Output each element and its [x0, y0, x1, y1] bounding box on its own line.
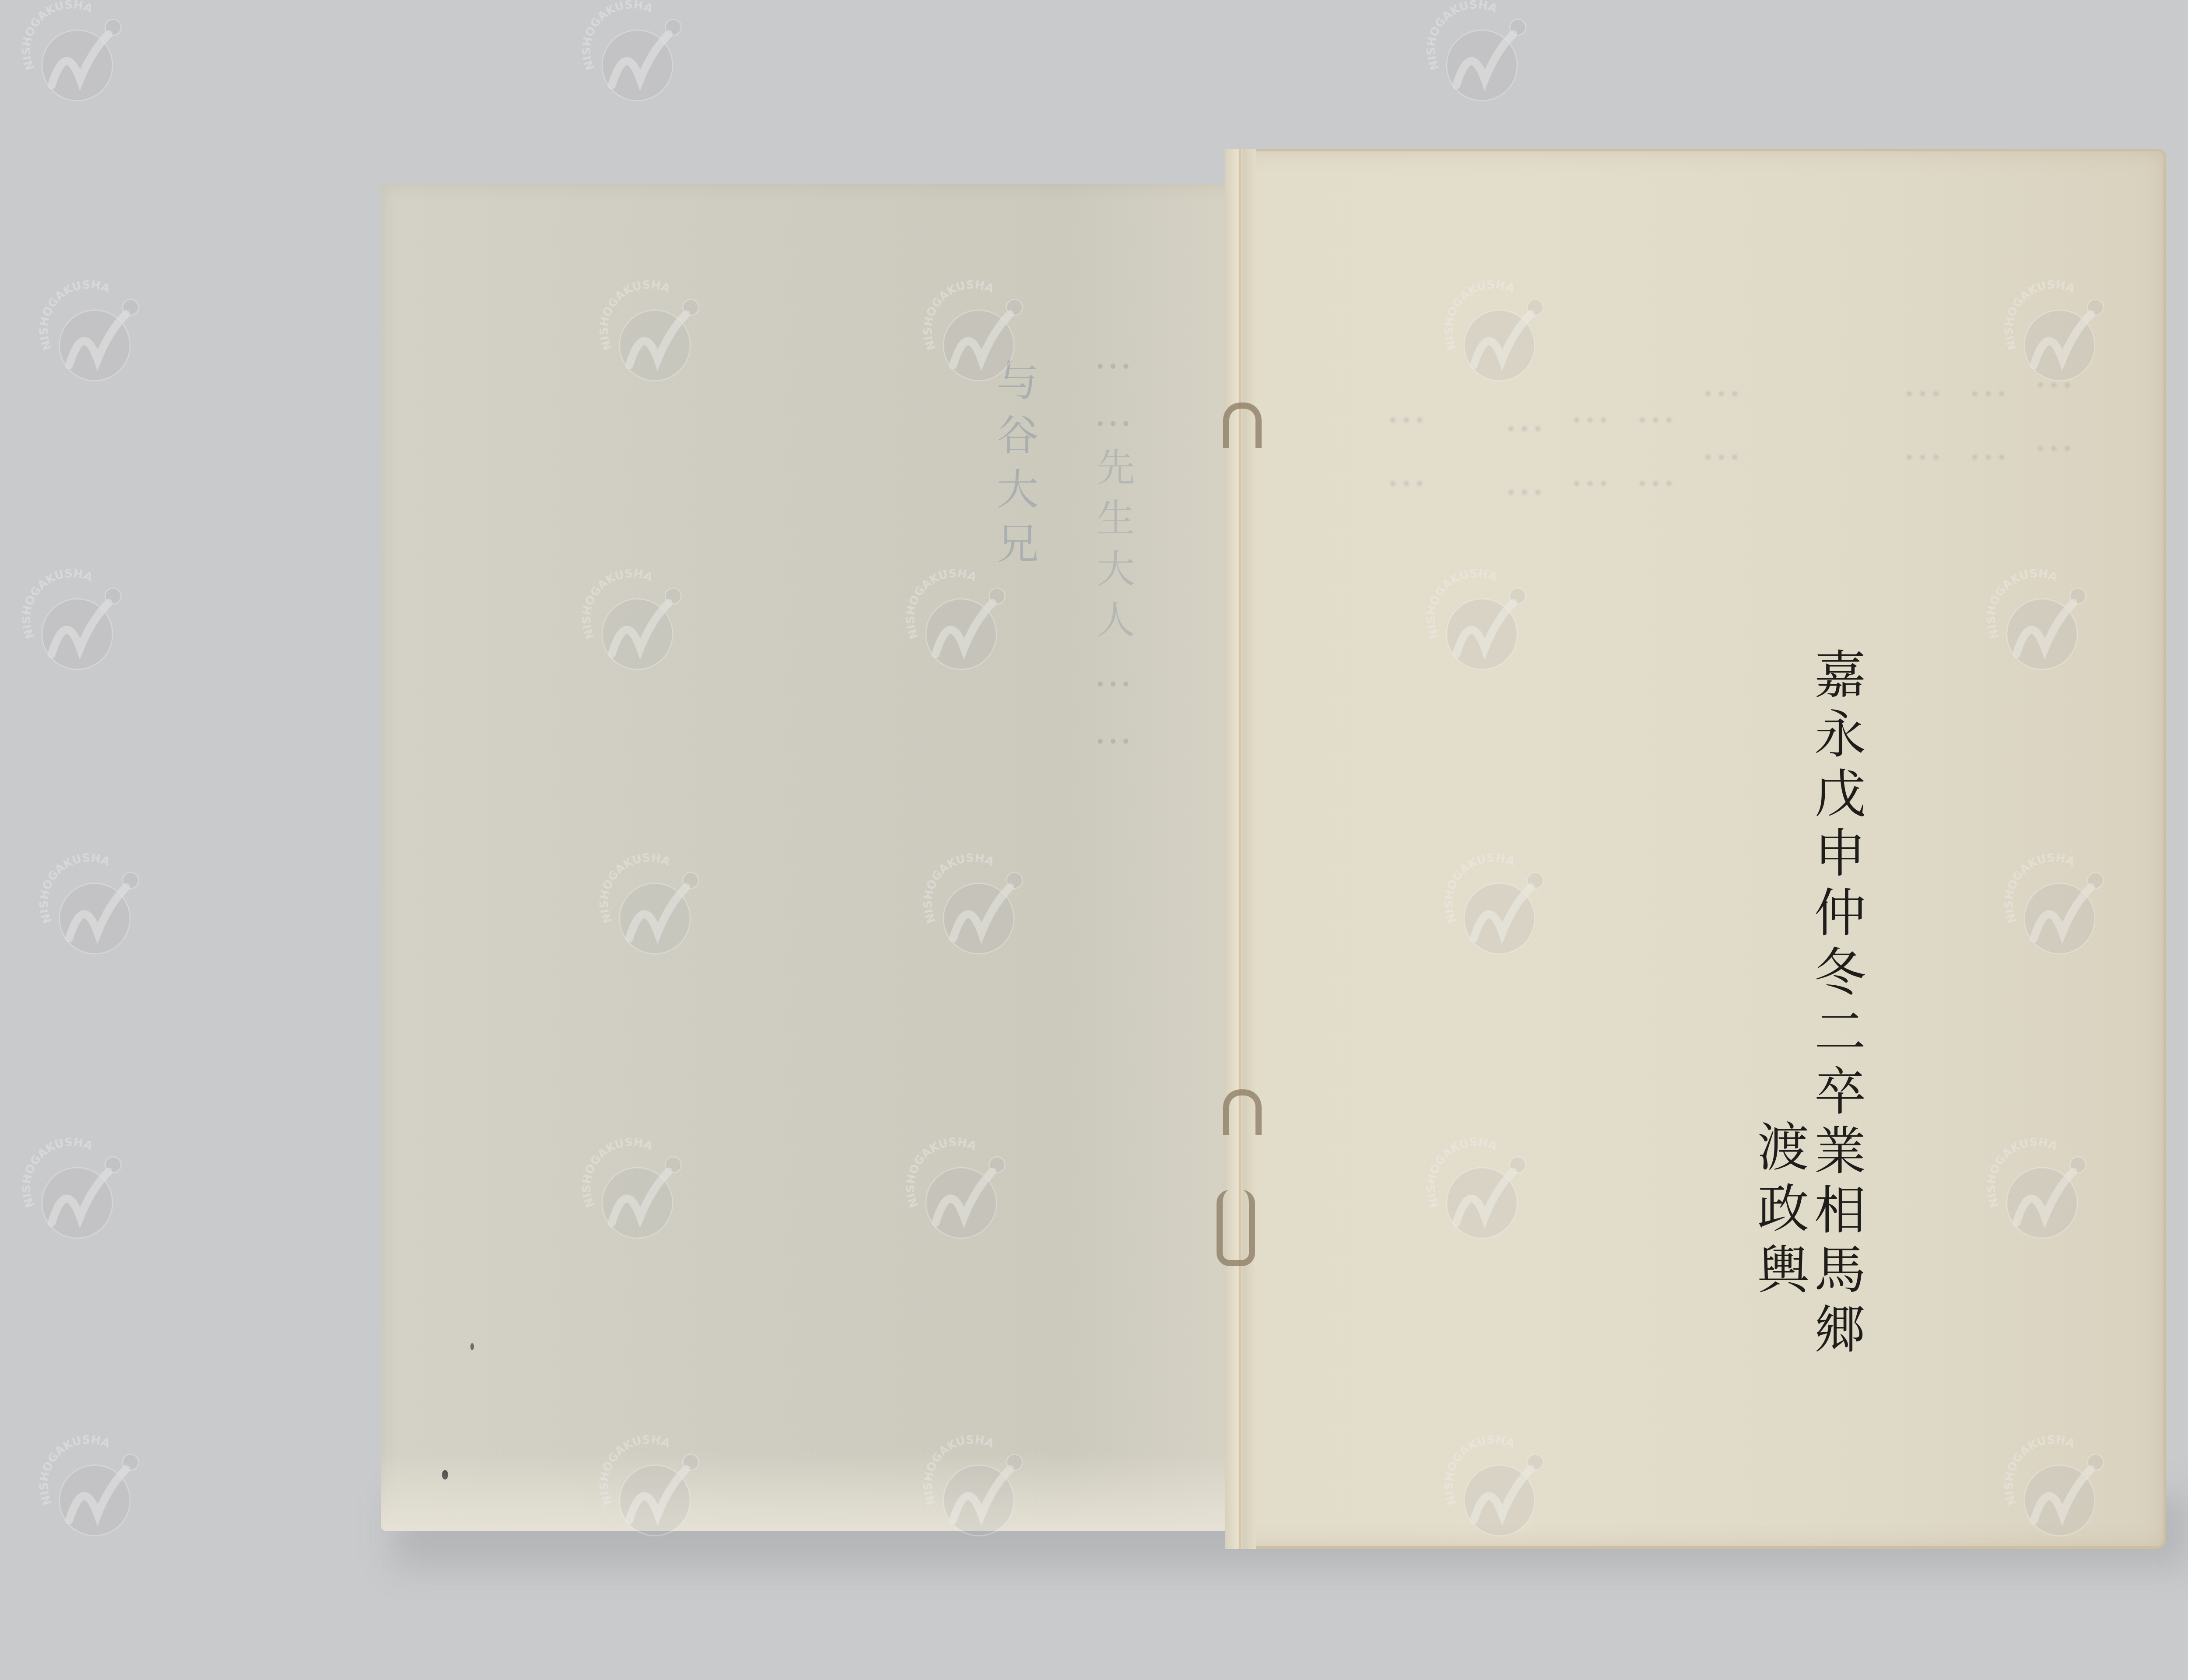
nishogakusha-logo-icon: NISHOGAKUSHA: [18, 1137, 131, 1251]
nishogakusha-logo-icon: NISHOGAKUSHA: [1982, 1137, 2096, 1251]
binding-thread-icon: [1223, 1089, 1262, 1135]
nishogakusha-logo-icon: NISHOGAKUSHA: [2000, 1435, 2114, 1549]
nishogakusha-logo-icon: NISHOGAKUSHA: [35, 280, 149, 394]
nishogakusha-logo-icon: NISHOGAKUSHA: [901, 569, 1015, 682]
nishogakusha-logo-icon: NISHOGAKUSHA: [1440, 280, 1553, 394]
nishogakusha-logo-icon: NISHOGAKUSHA: [1440, 1435, 1553, 1549]
show-through-column: ……: [1567, 385, 1613, 512]
binding-thread-icon: [1223, 402, 1262, 448]
show-through-column: ……: [1632, 385, 1679, 512]
nishogakusha-logo-icon: NISHOGAKUSHA: [578, 0, 691, 114]
nishogakusha-logo-icon: NISHOGAKUSHA: [35, 853, 149, 967]
nishogakusha-logo-icon: NISHOGAKUSHA: [35, 1435, 149, 1549]
nishogakusha-logo-icon: NISHOGAKUSHA: [578, 1137, 691, 1251]
scan-scene: 与谷大兄 ……先生大人…… …… …… …… …… …… …… …… …… 嘉永…: [0, 0, 2188, 1680]
show-through-column: ……: [1899, 359, 1946, 486]
show-through-column: ……: [1383, 385, 1430, 512]
nishogakusha-logo-icon: NISHOGAKUSHA: [595, 280, 709, 394]
nishogakusha-logo-icon: NISHOGAKUSHA: [2000, 280, 2114, 394]
nishogakusha-logo-icon: NISHOGAKUSHA: [18, 569, 131, 682]
nishogakusha-logo-icon: NISHOGAKUSHA: [578, 569, 691, 682]
nishogakusha-logo-icon: NISHOGAKUSHA: [595, 853, 709, 967]
nishogakusha-logo-icon: NISHOGAKUSHA: [595, 1435, 709, 1549]
nishogakusha-logo-icon: NISHOGAKUSHA: [919, 853, 1033, 967]
ink-speck: [470, 1343, 474, 1350]
inscription-column-name: 渡政輿: [1742, 1120, 1816, 1304]
nishogakusha-logo-icon: NISHOGAKUSHA: [919, 280, 1033, 394]
binding-thread-icon: [1217, 1190, 1255, 1266]
nishogakusha-logo-icon: NISHOGAKUSHA: [1440, 853, 1553, 967]
nishogakusha-logo-icon: NISHOGAKUSHA: [1982, 569, 2096, 682]
nishogakusha-logo-icon: NISHOGAKUSHA: [901, 1137, 1015, 1251]
nishogakusha-logo-icon: NISHOGAKUSHA: [1422, 569, 1536, 682]
nishogakusha-logo-icon: NISHOGAKUSHA: [1422, 1137, 1536, 1251]
show-through-column: ……: [1501, 394, 1548, 521]
nishogakusha-logo-icon: NISHOGAKUSHA: [18, 0, 131, 114]
show-through-column: ……: [1698, 359, 1745, 486]
left-page-faint-column-2: ……先生大人……: [1085, 332, 1140, 765]
spine-fold-line: [1239, 149, 1241, 1549]
nishogakusha-logo-icon: NISHOGAKUSHA: [1422, 0, 1536, 114]
ink-speck: [442, 1470, 448, 1480]
nishogakusha-logo-icon: NISHOGAKUSHA: [919, 1435, 1033, 1549]
nishogakusha-logo-icon: NISHOGAKUSHA: [2000, 853, 2114, 967]
